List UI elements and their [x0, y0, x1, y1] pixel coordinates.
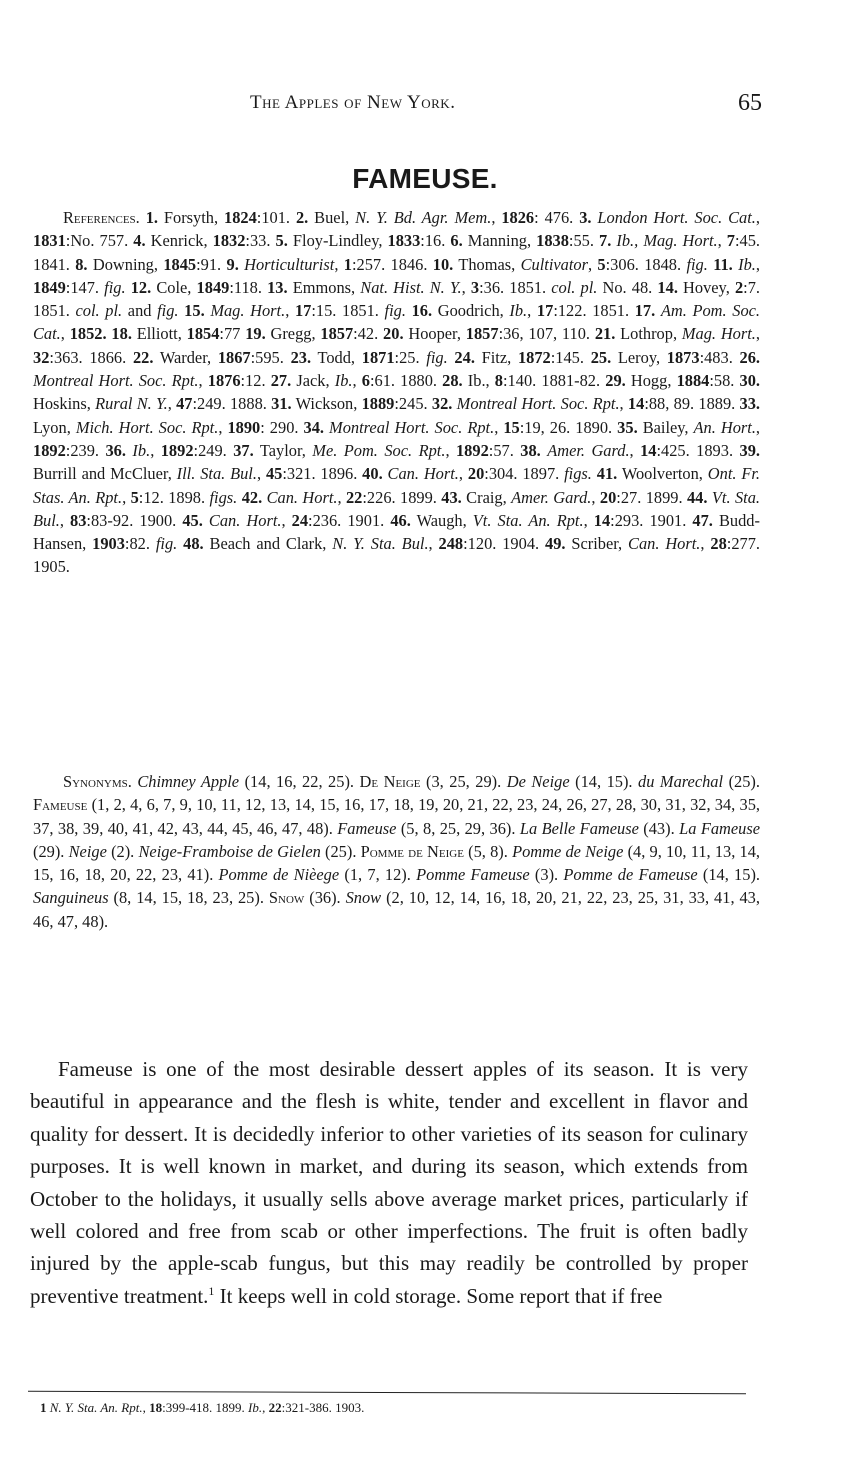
running-head: The Apples of New York. 65: [250, 92, 760, 122]
footnote-rule: [28, 1391, 746, 1395]
article-title: FAMEUSE.: [0, 163, 850, 195]
page-number: 65: [738, 90, 762, 117]
references-body: 1. Forsyth, 1824:101. 2. Buel, N. Y. Bd.…: [33, 208, 760, 576]
running-title: The Apples of New York.: [250, 92, 455, 114]
synonyms-body: Chimney Apple (14, 16, 22, 25). De Neige…: [33, 772, 760, 931]
footnote: 1 N. Y. Sta. An. Rpt., 18:399-418. 1899.…: [40, 1400, 364, 1416]
references-label: References.: [63, 208, 140, 227]
paragraph-text-b: It keeps well in cold storage. Some repo…: [214, 1284, 662, 1308]
synonyms-section: Synonyms. Chimney Apple (14, 16, 22, 25)…: [33, 770, 760, 933]
footnote-body: 1 N. Y. Sta. An. Rpt., 18:399-418. 1899.…: [40, 1400, 364, 1415]
references-paragraph: References. 1. Forsyth, 1824:101. 2. Bue…: [33, 206, 760, 579]
synonyms-paragraph: Synonyms. Chimney Apple (14, 16, 22, 25)…: [33, 770, 760, 933]
description-paragraph: Fameuse is one of the most desirable des…: [30, 1053, 748, 1312]
references-section: References. 1. Forsyth, 1824:101. 2. Bue…: [33, 206, 760, 579]
body-text: Fameuse is one of the most desirable des…: [30, 1053, 748, 1312]
paragraph-text-a: Fameuse is one of the most desirable des…: [30, 1057, 748, 1308]
synonyms-label: Synonyms.: [63, 772, 132, 791]
